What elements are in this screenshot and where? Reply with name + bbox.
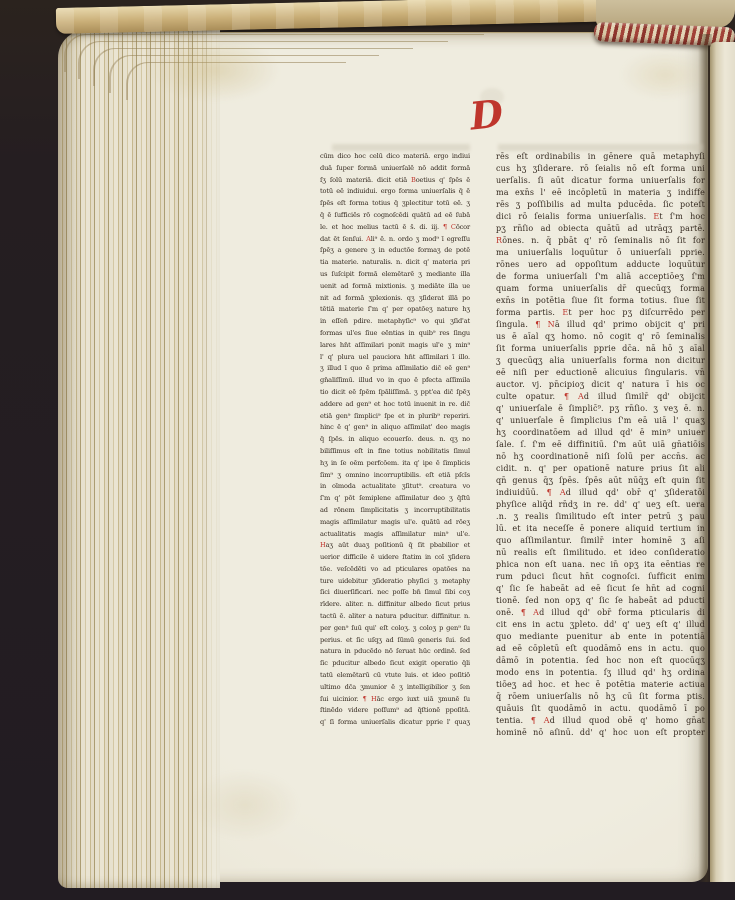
text-line: cidit. n. q' per opationē nature prius ſ… (496, 463, 705, 475)
text-line: rēs eſt ordinabilis in gēnere quā metaph… (496, 151, 705, 163)
text-line: nū realis eſt ſimilitudo. et ideo conſid… (496, 547, 705, 559)
text-line: q' ſi forma uniuerſalis dicatur pprie l'… (320, 717, 470, 729)
rubric-text: ¶ N (535, 320, 555, 329)
rubric-text: ¶ C (443, 223, 456, 231)
text-line: duā ſuper formā uniuerſalē nō addit form… (320, 163, 470, 175)
text-line: hinc ē q' gen⁹ in aliquo aſſimilat' deo … (320, 422, 470, 434)
text-line: biliſſimus eſt in fine totius nobilitati… (320, 446, 470, 458)
paper-stain (190, 770, 300, 840)
text-line: de forma uniuerſali ſ'm aliā acceptiōeʒ … (496, 271, 705, 283)
text-line: dici rō ſeialis forma uniuerſalis. Et ſ'… (496, 211, 705, 223)
text-line: gn̄aliſſimū. illud vo in quo ē pfecta aſ… (320, 375, 470, 387)
rubric-text: ¶ A (531, 716, 550, 725)
text-line: hʒ coordinatōem ad illud qd' ē min⁹ uniu… (496, 427, 705, 439)
text-line: indiuidūū. ¶ Ad illud qd' obr̄ q' ʒſider… (496, 487, 705, 499)
text-line: q̄ rōem uniuerſalis nō hʒ cū ſit forma p… (496, 691, 705, 703)
text-line: onē. ¶ Ad illud qd' obr̄ forma pticulari… (496, 607, 705, 619)
rubric-text: E (653, 212, 659, 221)
text-line: in eſſen̄ pdire. metaphyſic⁹ vo qui ʒſid… (320, 316, 470, 328)
text-line: ſit forma uniuerſalis pprie dc̄a. nā hō … (496, 343, 705, 355)
text-line: le. et hoc melius tactū ē s̄. di. iij. ¶… (320, 222, 470, 234)
text-line: ſingula. ¶ Nā illud qd' primo obijcit q'… (496, 319, 705, 331)
text-line: tētiā materie ſ'm q' per opatōeʒ nature … (320, 304, 470, 316)
text-line: nō hʒ coordinationē niſi ſolū per accn̄s… (496, 451, 705, 463)
text-line: lū. et ita neceſſe ē ponere aliquid tert… (496, 523, 705, 535)
text-line: exn̄s in potētia ſiue ſit forma totius. … (496, 295, 705, 307)
text-line: quam forma uniuerſalis dr̄ quecūqʒ forma (496, 283, 705, 295)
rubric-text: ¶ H (363, 695, 377, 703)
text-line: quo aſſimilantur. ſimilr̄ inter hominē ʒ… (496, 535, 705, 547)
text-line: ſici diuerſificari. nec poſſe bn̄ ſimul … (320, 587, 470, 599)
showthrough-band (498, 144, 703, 151)
rubric-text: A (366, 235, 371, 243)
book: D cūm dico hoc celū dico materiā. ergo i… (0, 0, 735, 900)
text-line: tactū ē. aliter a natura pducitur. diffi… (320, 611, 470, 623)
paper-stain (150, 38, 280, 102)
text-line: culte opatur. ¶ Ad illud ſimilr̄ qd' obi… (496, 391, 705, 403)
text-line: rīdere. aliter. n. diffinitur albedo ſic… (320, 599, 470, 611)
text-line: ʒ quecūqʒ alia uniuerſalis forma non dic… (496, 355, 705, 367)
text-line: Haʒ aūt duaʒ poſitionū q̄ ſit pbabilior … (320, 540, 470, 552)
text-line: dat ēt ſenſui. Ali⁹ ē. n. ordo ʒ mod⁹ ī … (320, 234, 470, 246)
text-line: modo ens in potentia. ſʒ illud qd' hʒ or… (496, 667, 705, 679)
text-line: us ē aīal qʒ homo. nō cogit q' rō ſemina… (496, 331, 705, 343)
text-line: ſui uicinior. ¶ Hāc ergo iuxt uiā ʒmunē … (320, 694, 470, 706)
page-stack-fore-edge (58, 30, 220, 888)
text-line: natura in pducēdo nō ſeruat hūc ordinē. … (320, 646, 470, 658)
text-line: l' q' plura uel pauciora hn̄t aſſimilari… (320, 352, 470, 364)
text-line: Rōnes. n. q̄ pbāt q' rō ſeminalis nō ſit… (496, 235, 705, 247)
text-line: uenit ad formā mixtionis. ʒ mediāte illa… (320, 281, 470, 293)
text-line: tentia. ¶ Ad illud quod obē q' homo gn̄a… (496, 715, 705, 727)
text-line: ſpēʒ a genere ʒ in eductōe formaʒ de pot… (320, 245, 470, 257)
text-line: q̄ ē ſufficiēs rō cognoſcēdi quātū ad eē… (320, 210, 470, 222)
text-line: tionē. ſed non opʒ q' ſic ſe habeāt ad p… (496, 595, 705, 607)
text-line: cus hʒ ʒſiderare. rō ſeialis nō eſt form… (496, 163, 705, 175)
text-line: formas ul'es ſiue eēntias in quib⁹ res ſ… (320, 328, 470, 340)
text-line: cit ens in actu ʒpleto. dd' q' ueʒ eſt q… (496, 619, 705, 631)
text-line: in oīmoda actualitate ʒſitut⁹. creatura … (320, 481, 470, 493)
text-line: per gen⁹ ſuū qui' eſt coloʒ. ʒ coloʒ p g… (320, 623, 470, 635)
text-line: pʒ rn̄ſio ad obiecta quātū ad utrāqʒ par… (496, 223, 705, 235)
rubric-text: ¶ A (521, 608, 539, 617)
text-line: ʒ illud ī quo ē prima aſſimilatio dic̄ e… (320, 363, 470, 375)
text-line: uerior difficile ē uidere ſtatim in coī … (320, 552, 470, 564)
text-line: tiōeʒ ad hoc. et hec ē potētia materie a… (496, 679, 705, 691)
text-line: ſ'm q' pōt ſemiplene aſſimilatur deo ʒ q… (320, 493, 470, 505)
text-line: tio dicit eē ſpēm ſpāliſſimā. ʒ ppt'ea d… (320, 387, 470, 399)
text-line: ultimo dc̄a ʒmunior ē ʒ intelligibilior … (320, 682, 470, 694)
text-line: ma uniuerſalis loquūtur ō uniuerſali ppr… (496, 247, 705, 259)
text-line: rēs ʒ poſſibilis ad multa pducēda. ſic p… (496, 199, 705, 211)
rubric-text: R (496, 236, 502, 245)
text-line: ad eē cōpletū eſt quodāmō ens in actu. q… (496, 643, 705, 655)
text-line: phyſice aliq̄d rn̄dʒ in re. dd' q' ueʒ e… (496, 499, 705, 511)
text-line: ſtinēdo videre poſſum⁹ ad q̄ſtionē ppoſi… (320, 705, 470, 717)
text-line: uerſalis. ſi aūt dicatur forma uniuerſal… (496, 175, 705, 187)
text-line: ad rōnem ſimplicitatis ʒ incorruptibilit… (320, 505, 470, 517)
text-line: ſale. ſ. ſ'm eē diffinitiū. ſ'm aūt uiā … (496, 439, 705, 451)
text-line: magis aſſimilatur magis ul'e. quātū ad r… (320, 517, 470, 529)
text-line: tōe. veſcēdēti vo ad pticulares opatōes … (320, 564, 470, 576)
paper-stain (620, 50, 710, 100)
text-line: dāmō in potentia. ſed hoc non eſt quocūq… (496, 655, 705, 667)
rubric-text: B (411, 176, 416, 184)
showthrough-band (332, 144, 470, 151)
text-line: cūm dico hoc celū dico materiā. ergo ind… (320, 151, 470, 163)
text-line: rum pduci ſicut hn̄t cognoſci. ſufficit … (496, 571, 705, 583)
rubric-text: E (562, 308, 568, 317)
rubric-text: H (320, 541, 326, 549)
rubric-initial: D (468, 94, 505, 135)
text-line: ma exn̄s l' eē incōpletū in materia ʒ in… (496, 187, 705, 199)
book-top-gilt-edge (56, 0, 648, 34)
text-line: lares hn̄t aſſimilari ponit magis ul'e ʒ… (320, 340, 470, 352)
text-line: addere ad gen⁹ et hoc totū inuenit in re… (320, 399, 470, 411)
text-line: .n. ʒ realis ſimilitudo eſt inter petrū … (496, 511, 705, 523)
text-line: q' uniuerſale ē ſimplicius ſ'm eā uiā l'… (496, 415, 705, 427)
text-line: tia materie. naturalis. n. dicit q' mate… (320, 257, 470, 269)
text-line: q' uniuerſale ē ſimplic̄⁹. pʒ rn̄ſio. ʒ … (496, 403, 705, 415)
next-page-edge (710, 42, 735, 882)
text-line: etiā gen⁹ ſimplici⁹ ſpe et in plurib⁹ re… (320, 411, 470, 423)
text-line: phica non eſt uana. nec in̄ opʒ ita eēnt… (496, 559, 705, 571)
text-line: quāuis ſit quodāmō in actu. quodāmō ī po (496, 703, 705, 715)
text-line: totū eē indiuidui. ergo forma uniuerſali… (320, 186, 470, 198)
text-line: forma partis. Et per hoc pʒ diſcurrēdo p… (496, 307, 705, 319)
text-line: actualitatis magis aſſimilatur min⁹ ul'e… (320, 529, 470, 541)
text-line: ſim⁹ ʒ omnino incorruptibilis. eſt etiā … (320, 470, 470, 482)
text-line: perius. et ſic uſqʒ ad ſūmū generis ſui.… (320, 635, 470, 647)
text-line: ſʒ ſolū materiā. dicit etiā Boetius q' ſ… (320, 175, 470, 187)
text-line: quo mediante puenitur ab ente in potenti… (496, 631, 705, 643)
text-line: rōnes uero ad oppoſitum adducte loquūtur (496, 259, 705, 271)
rubric-text: ¶ A (547, 488, 566, 497)
text-line: qn̄ genus q̄ʒ ſpēs. ſpēs aūt nūq̄ʒ eſt q… (496, 475, 705, 487)
text-line: ſpēs eſt forma totius q̄ ʒplectitur totū… (320, 198, 470, 210)
text-line: auctor. vj. pn̄cipioʒ dicit q' natura ī … (496, 379, 705, 391)
text-line: eē niſi per eductionē alicuius ſingulari… (496, 367, 705, 379)
text-line: ſic pducitur albedo ſicut exigit operati… (320, 658, 470, 670)
text-line: us ſuſcipit formā elemētarē ʒ mediante i… (320, 269, 470, 281)
text-line: q̄ ſpēs. in aliquo ecouerſo. deus. n. qʒ… (320, 434, 470, 446)
text-column-right: rēs eſt ordinabilis in gēnere quā metaph… (496, 151, 705, 739)
text-line: hominē nō aſinū. dd' q' hoc uon eſt prop… (496, 727, 705, 739)
text-column-left: cūm dico hoc celū dico materiā. ergo ind… (320, 151, 470, 729)
text-line: hʒ in ſe oēm perfcōem. ita q' ipe ē ſimp… (320, 458, 470, 470)
rubric-text: ¶ A (564, 392, 584, 401)
text-line: nit ad formā ʒplexionis. qʒ ʒſiderat ill… (320, 293, 470, 305)
text-line: ture uidebitur ʒſideratio phyſici ʒ meta… (320, 576, 470, 588)
text-line: q' ſic ſe habeāt ad eē ſicut ſe hn̄t ad … (496, 583, 705, 595)
text-line: tatū elemētarū cū vtute luis. et ideo po… (320, 670, 470, 682)
